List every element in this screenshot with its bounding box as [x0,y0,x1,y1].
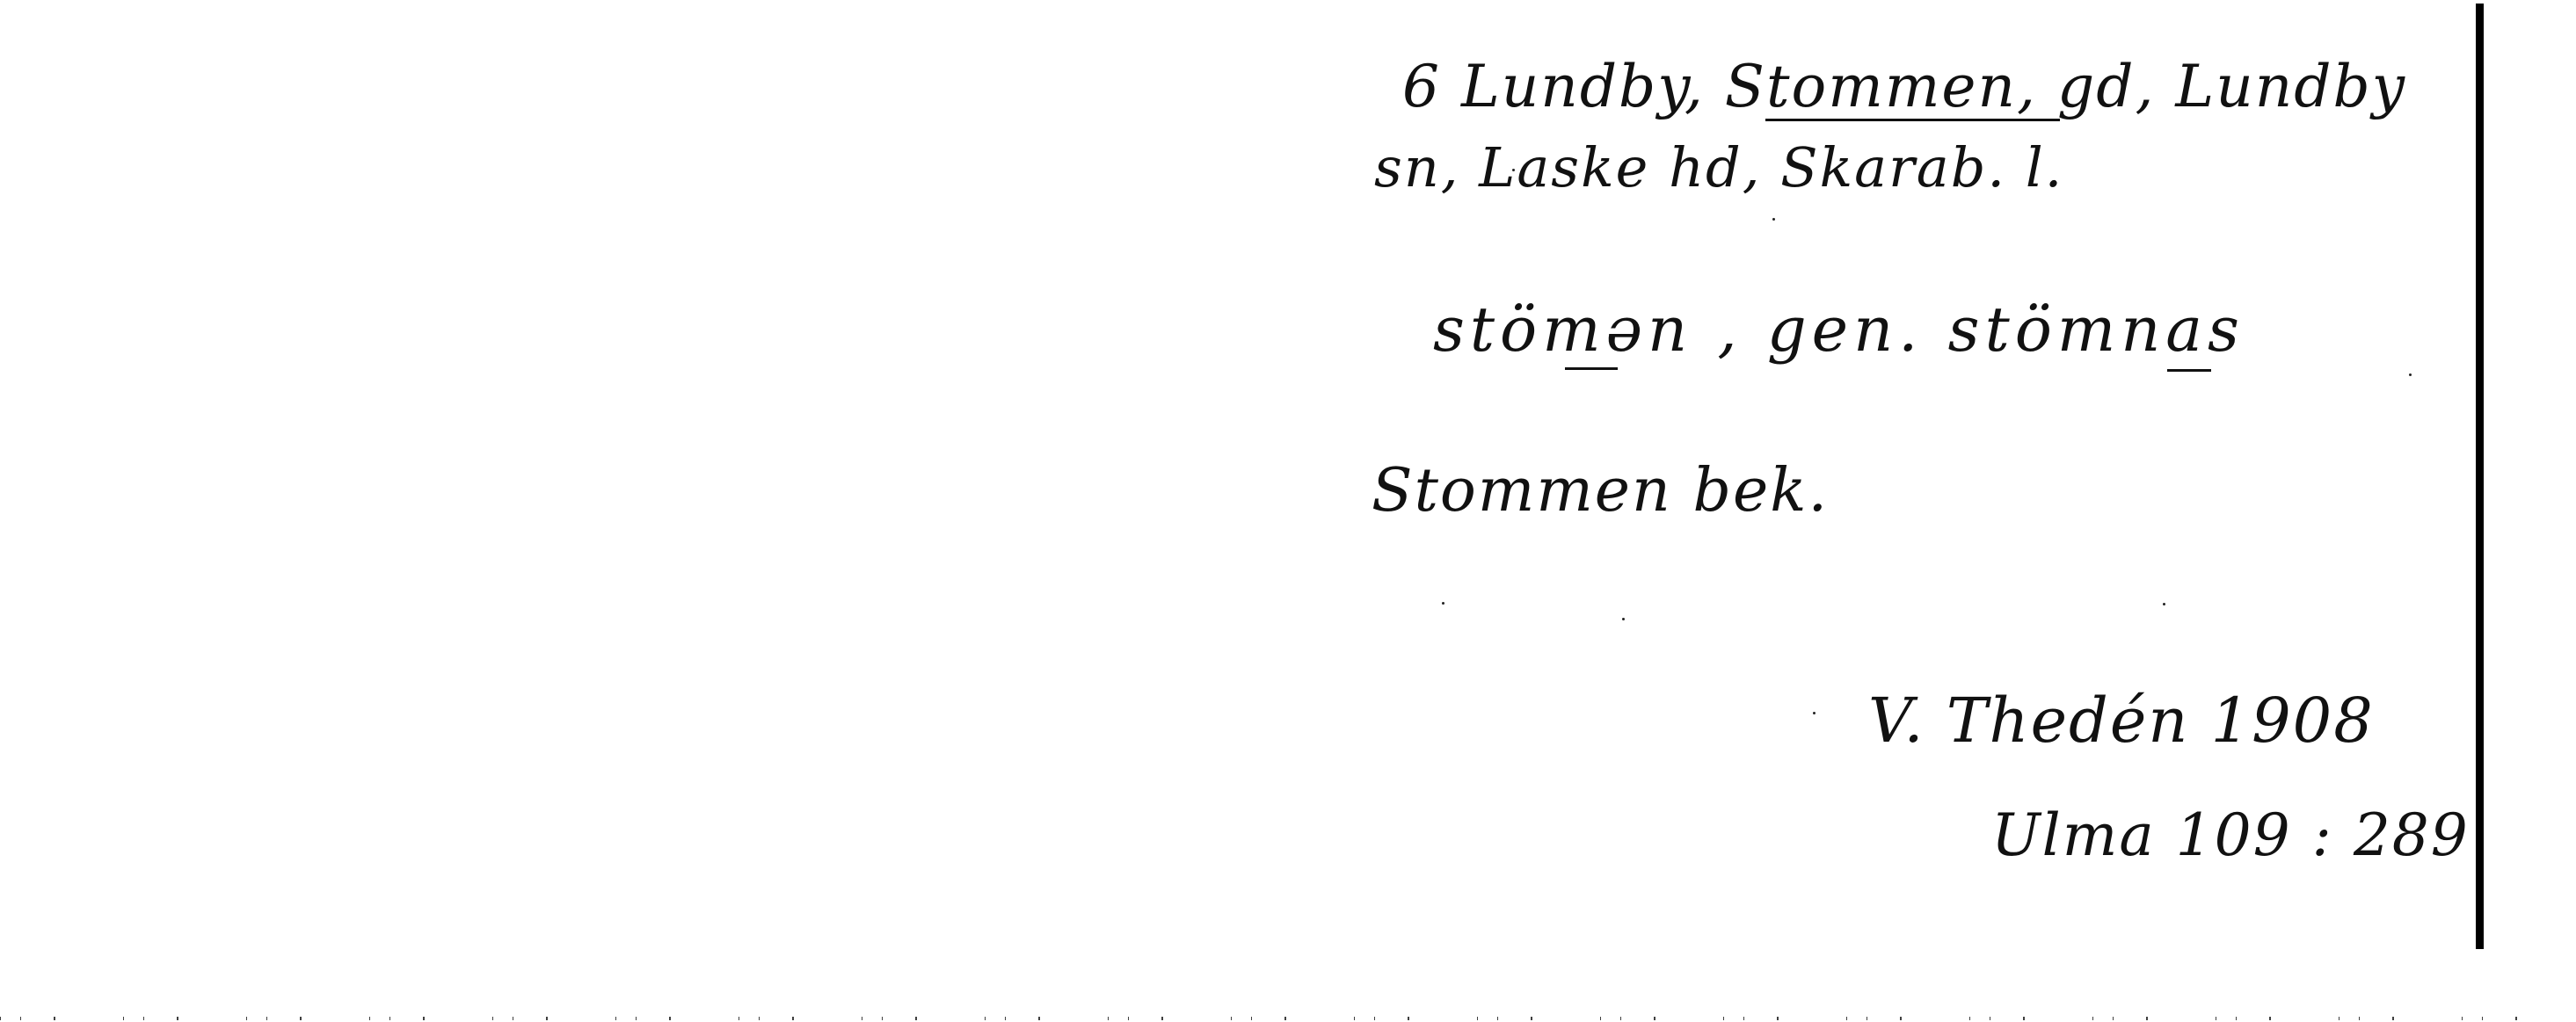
stress-mark-underline [1565,367,1618,370]
scan-speck [2163,603,2165,605]
collector-signature: V. Thedén 1908 [1868,690,2375,751]
heading-line-1: 6 Lundby, Stommen, gd, Lundby [1402,58,2406,116]
scan-speck [2409,373,2412,376]
stress-mark-underline-genitive [2167,369,2211,372]
usage-example: Stommen bek. [1372,461,1829,521]
heading-line-2: sn, Laske hd, Skarab. l. [1374,141,2063,195]
stommen-underline [1765,119,2060,121]
card-edge-rule [2476,4,2484,949]
scanned-card: 6 Lundby, Stommen, gd, Lundby sn, Laske … [0,0,2576,1022]
phonetic-transcription: stömən , gen. stömnas [1433,299,2245,360]
scan-speck [1772,218,1775,221]
scan-speck [1622,618,1625,620]
scan-speck [1813,712,1816,714]
scan-edge-artifact [0,1017,2576,1020]
scan-speck [1442,602,1444,605]
scan-speck [1512,169,1515,171]
archive-reference: Ulma 109 : 289 [1991,807,2470,865]
